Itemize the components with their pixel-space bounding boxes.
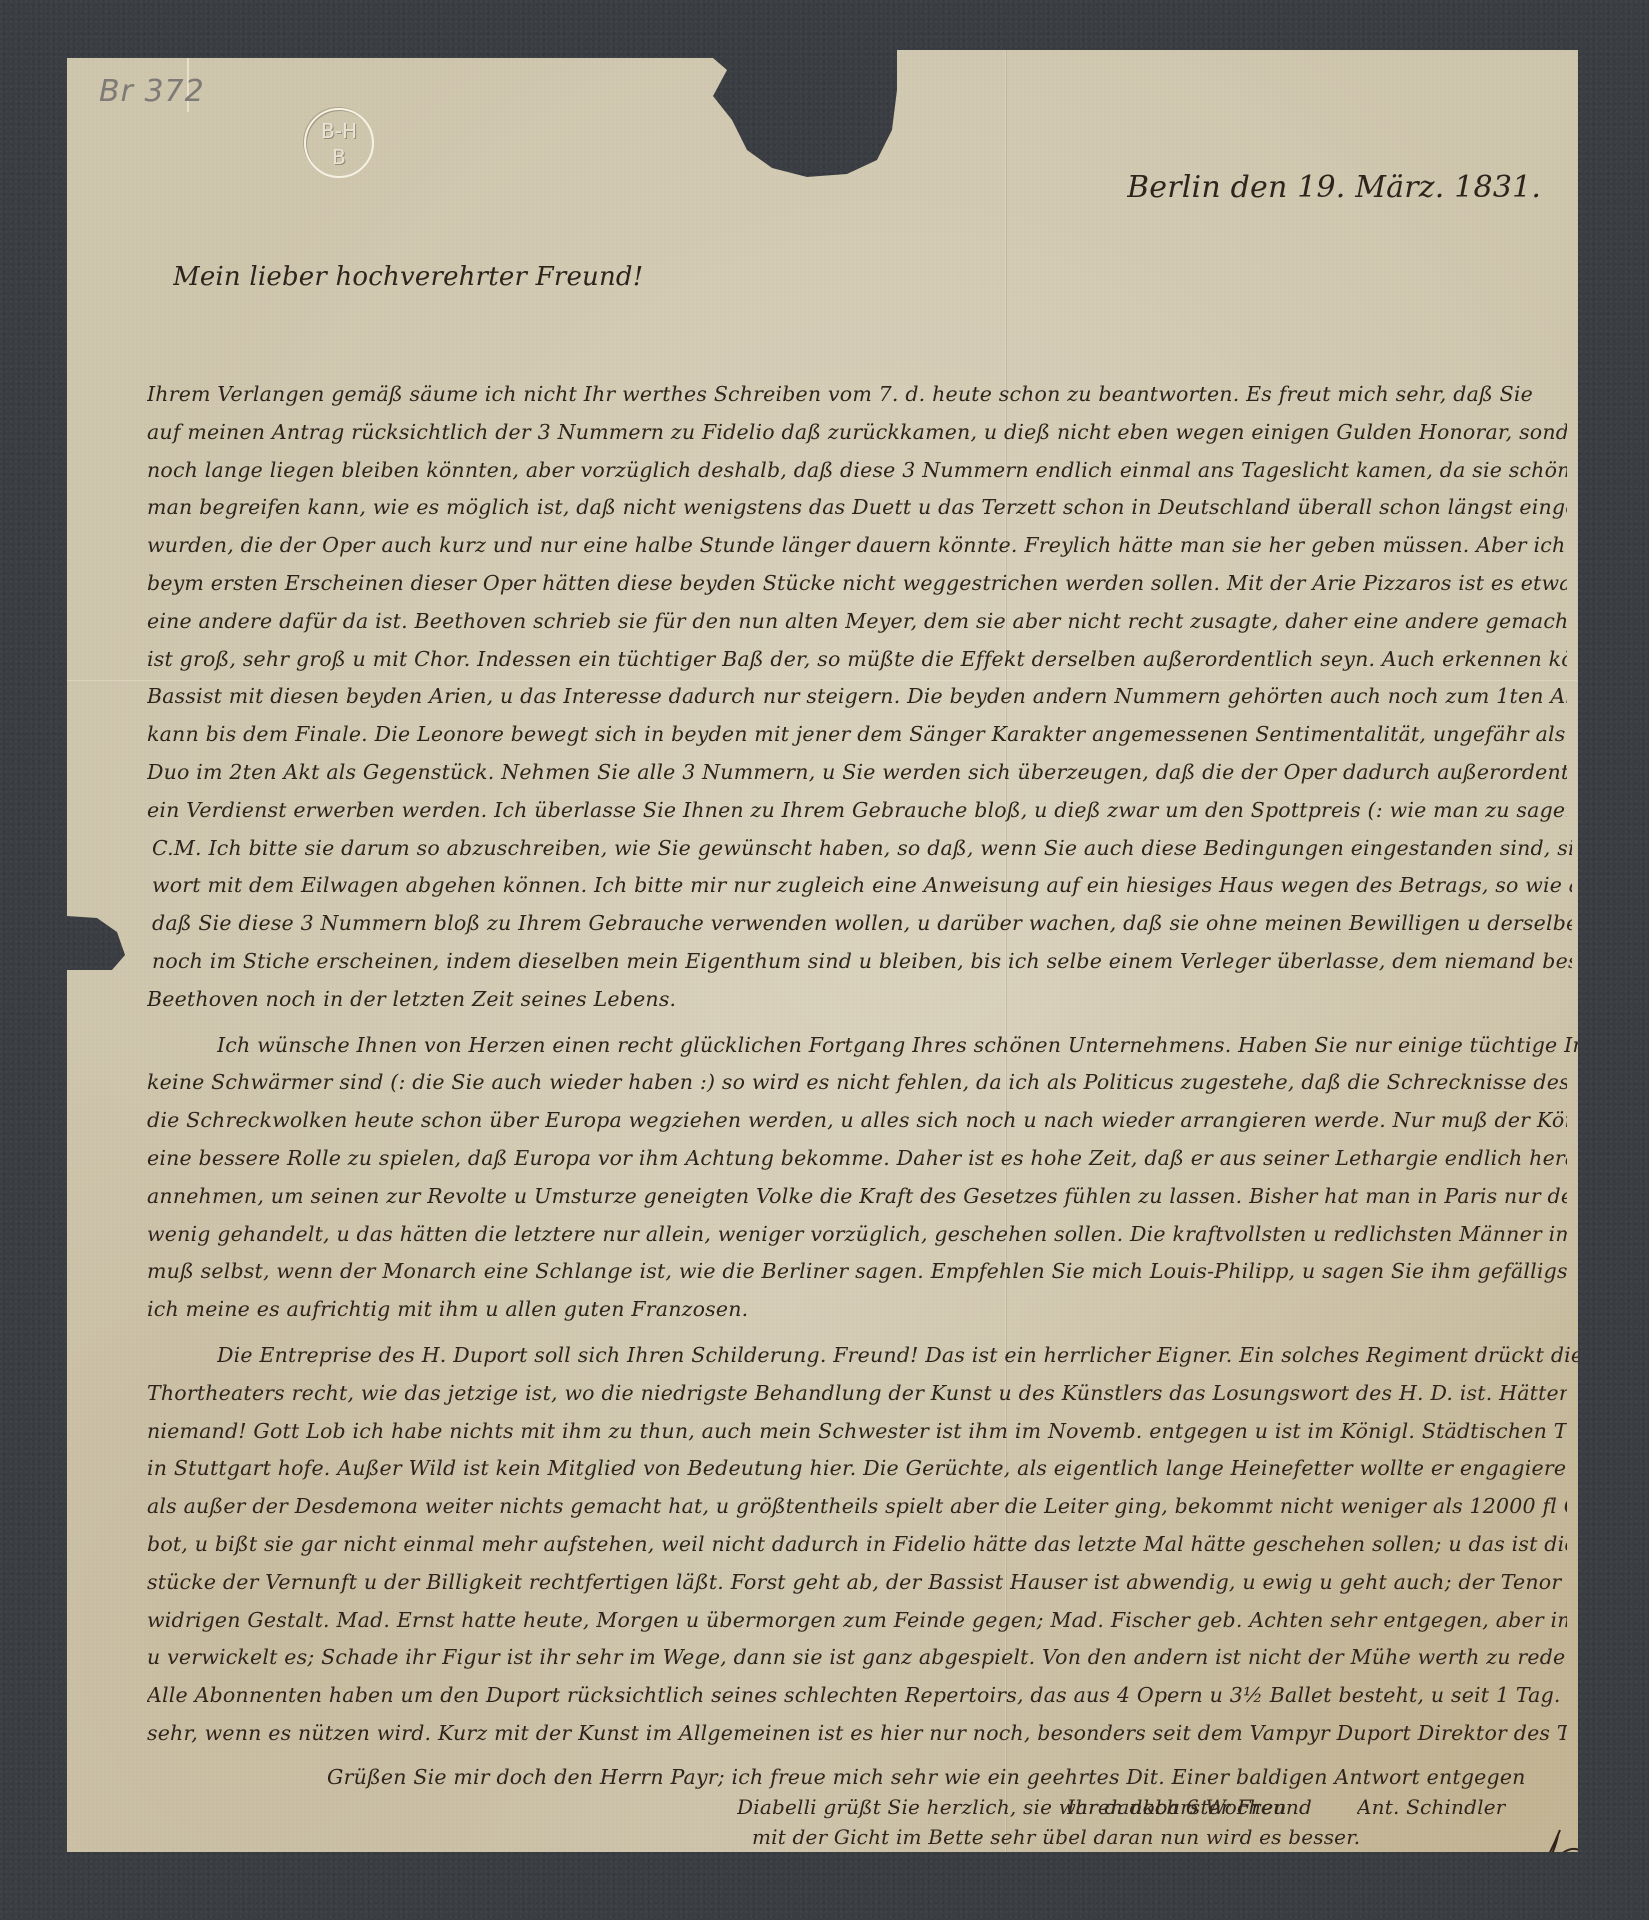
letter-body-line: Alle Abonnenten haben um den Duport rück… — [147, 1683, 1567, 1707]
letter-body-line: Duo im 2ten Akt als Gegenstück. Nehmen S… — [147, 760, 1567, 784]
letter-body-line: Thortheaters recht, wie das jetzige ist,… — [147, 1381, 1567, 1405]
blind-stamp-icon: B-H B — [304, 108, 374, 178]
letter-body-line: ist groß, sehr groß u mit Chor. Indessen… — [147, 647, 1567, 671]
letter-body-line: Ich wünsche Ihnen von Herzen einen recht… — [217, 1033, 1637, 1057]
letter-body-line: Bassist mit diesen beyden Arien, u das I… — [147, 684, 1567, 708]
letter-body-line: annehmen, um seinen zur Revolte u Umstur… — [147, 1184, 1567, 1208]
letter-body-line: Grüßen Sie mir doch den Herrn Payr; ich … — [327, 1765, 1527, 1789]
letter-body-line: eine bessere Rolle zu spielen, daß Europ… — [147, 1146, 1567, 1170]
letter-page: Br 372 B-H B Berlin den 19. März. 1831. … — [67, 50, 1578, 1852]
letter-dateline: Berlin den 19. März. 1831. — [1127, 170, 1541, 205]
stamp-line-2: B — [306, 144, 372, 170]
letter-body-line: muß selbst, wenn der Monarch eine Schlan… — [147, 1259, 1567, 1283]
letter-body-line: noch im Stiche erscheinen, indem dieselb… — [152, 949, 1572, 973]
letter-body-line: widrigen Gestalt. Mad. Ernst hatte heute… — [147, 1608, 1567, 1632]
letter-body-line: daß Sie diese 3 Nummern bloß zu Ihrem Ge… — [152, 911, 1572, 935]
letter-body-line: sehr, wenn es nützen wird. Kurz mit der … — [147, 1721, 1567, 1745]
letter-body-line: C.M. Ich bitte sie darum so abzuschreibe… — [152, 836, 1572, 860]
letter-body-line: beym ersten Erscheinen dieser Oper hätte… — [147, 571, 1567, 595]
letter-body-line: Beethoven noch in der letzten Zeit seine… — [147, 987, 1567, 1011]
letter-body-line: niemand! Gott Lob ich habe nichts mit ih… — [147, 1419, 1567, 1443]
letter-body-line: man begreifen kann, wie es möglich ist, … — [147, 495, 1567, 519]
letter-body-line: noch lange liegen bleiben könnten, aber … — [147, 458, 1567, 482]
letter-body-line: keine Schwärmer sind (: die Sie auch wie… — [147, 1070, 1567, 1094]
letter-body-line: u verwickelt es; Schade ihr Figur ist ih… — [147, 1645, 1567, 1669]
postscript-line: mit der Gicht im Bette sehr übel daran n… — [752, 1825, 1360, 1849]
letter-body-line: wurden, die der Oper auch kurz und nur e… — [147, 533, 1567, 557]
letter-body-line: kann bis dem Finale. Die Leonore bewegt … — [147, 722, 1567, 746]
letter-body-line: die Schreckwolken heute schon über Europ… — [147, 1108, 1567, 1132]
letter-signature: Ant. Schindler — [1357, 1795, 1506, 1819]
letter-salutation: Mein lieber hochverehrter Freund! — [173, 262, 643, 292]
signature-flourish-icon — [1522, 1825, 1592, 1895]
letter-body-line: wenig gehandelt, u das hätten die letzte… — [147, 1222, 1567, 1246]
letter-body-line: auf meinen Antrag rücksichtlich der 3 Nu… — [147, 420, 1567, 444]
letter-body-line: bot, u bißt sie gar nicht einmal mehr au… — [147, 1532, 1567, 1556]
letter-body-line: eine andere dafür da ist. Beethoven schr… — [147, 609, 1567, 633]
letter-body-line: als außer der Desdemona weiter nichts ge… — [147, 1494, 1567, 1518]
letter-body-line: Ihrem Verlangen gemäß säume ich nicht Ih… — [147, 382, 1567, 406]
stamp-line-1: B-H — [306, 118, 372, 144]
letter-body-line: in Stuttgart hofe. Außer Wild ist kein M… — [147, 1456, 1567, 1480]
letter-closing: Ihr dankbarster Freund — [1067, 1795, 1312, 1819]
letter-body-line: stücke der Vernunft u der Billigkeit rec… — [147, 1570, 1567, 1594]
horizontal-fold-crease — [67, 680, 1578, 681]
letter-body-line: ich meine es aufrichtig mit ihm u allen … — [147, 1297, 1567, 1321]
letter-body-line: Die Entreprise des H. Duport soll sich I… — [217, 1343, 1637, 1367]
letter-body-line: ein Verdienst erwerben werden. Ich überl… — [147, 798, 1567, 822]
letter-body-line: wort mit dem Eilwagen abgehen können. Ic… — [152, 873, 1572, 897]
archive-shelfmark: Br 372 — [99, 74, 205, 109]
